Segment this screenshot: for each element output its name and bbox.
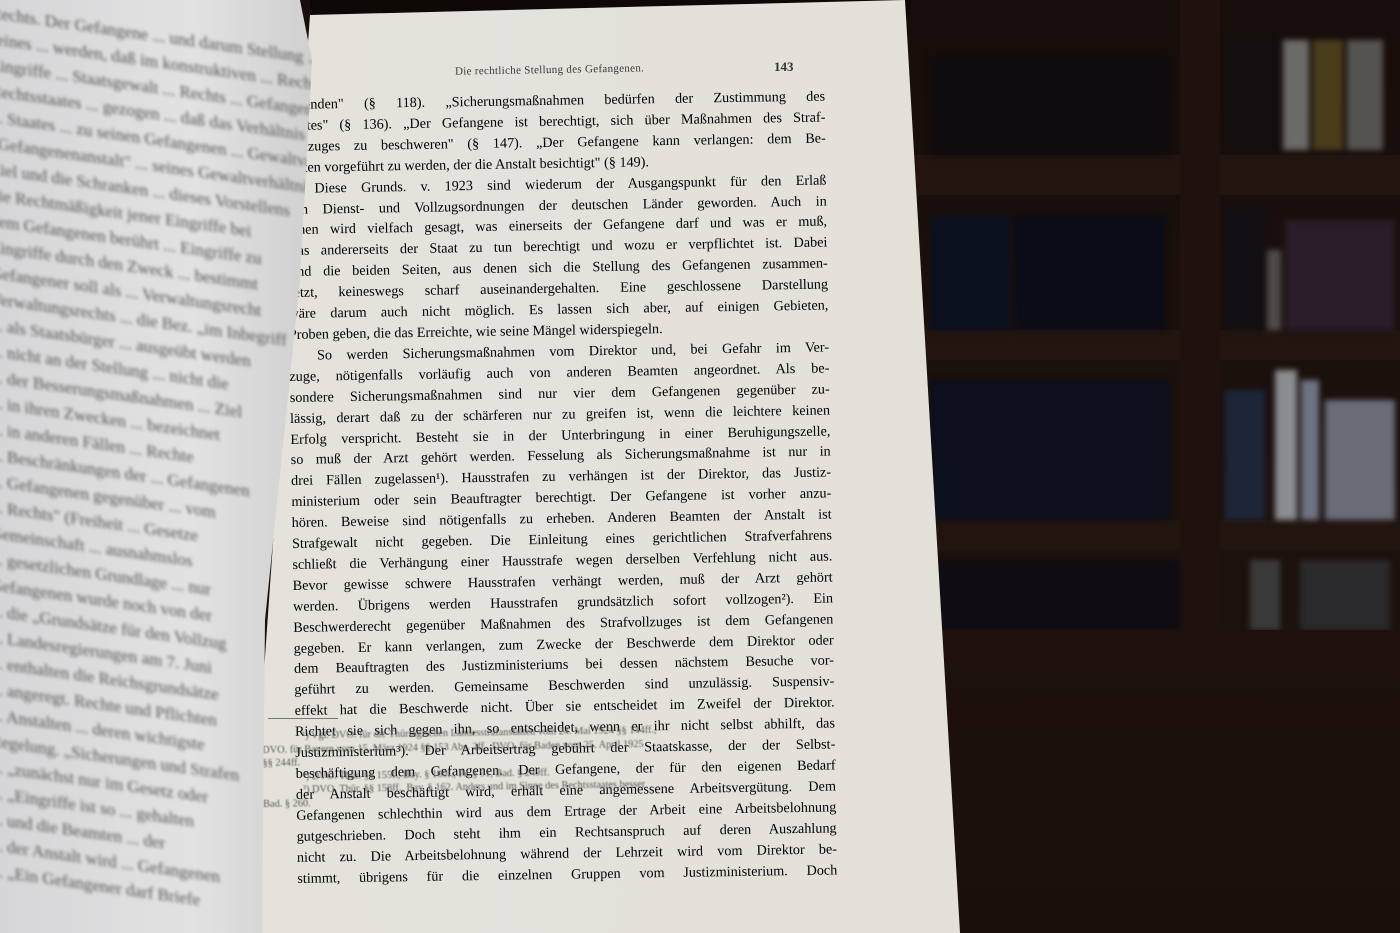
- shelf-board: [910, 520, 1400, 550]
- shelf-board: [910, 330, 1400, 360]
- book-row: [920, 370, 1180, 520]
- book-row: [1225, 360, 1400, 520]
- page-number: 143: [774, 59, 794, 75]
- book-row: [920, 40, 1180, 155]
- book-row: [920, 555, 1400, 630]
- desk-surface: [930, 630, 1400, 933]
- book-row: [1225, 20, 1400, 150]
- footnote-rule: [268, 718, 338, 719]
- book-row: [920, 200, 1180, 330]
- book-row: [1225, 190, 1400, 330]
- footnotes: ¹) Vgl. DVO. für die Thüringischen Lande…: [262, 721, 823, 811]
- shelf-divider: [1180, 0, 1220, 630]
- shelf-board: [910, 155, 1400, 195]
